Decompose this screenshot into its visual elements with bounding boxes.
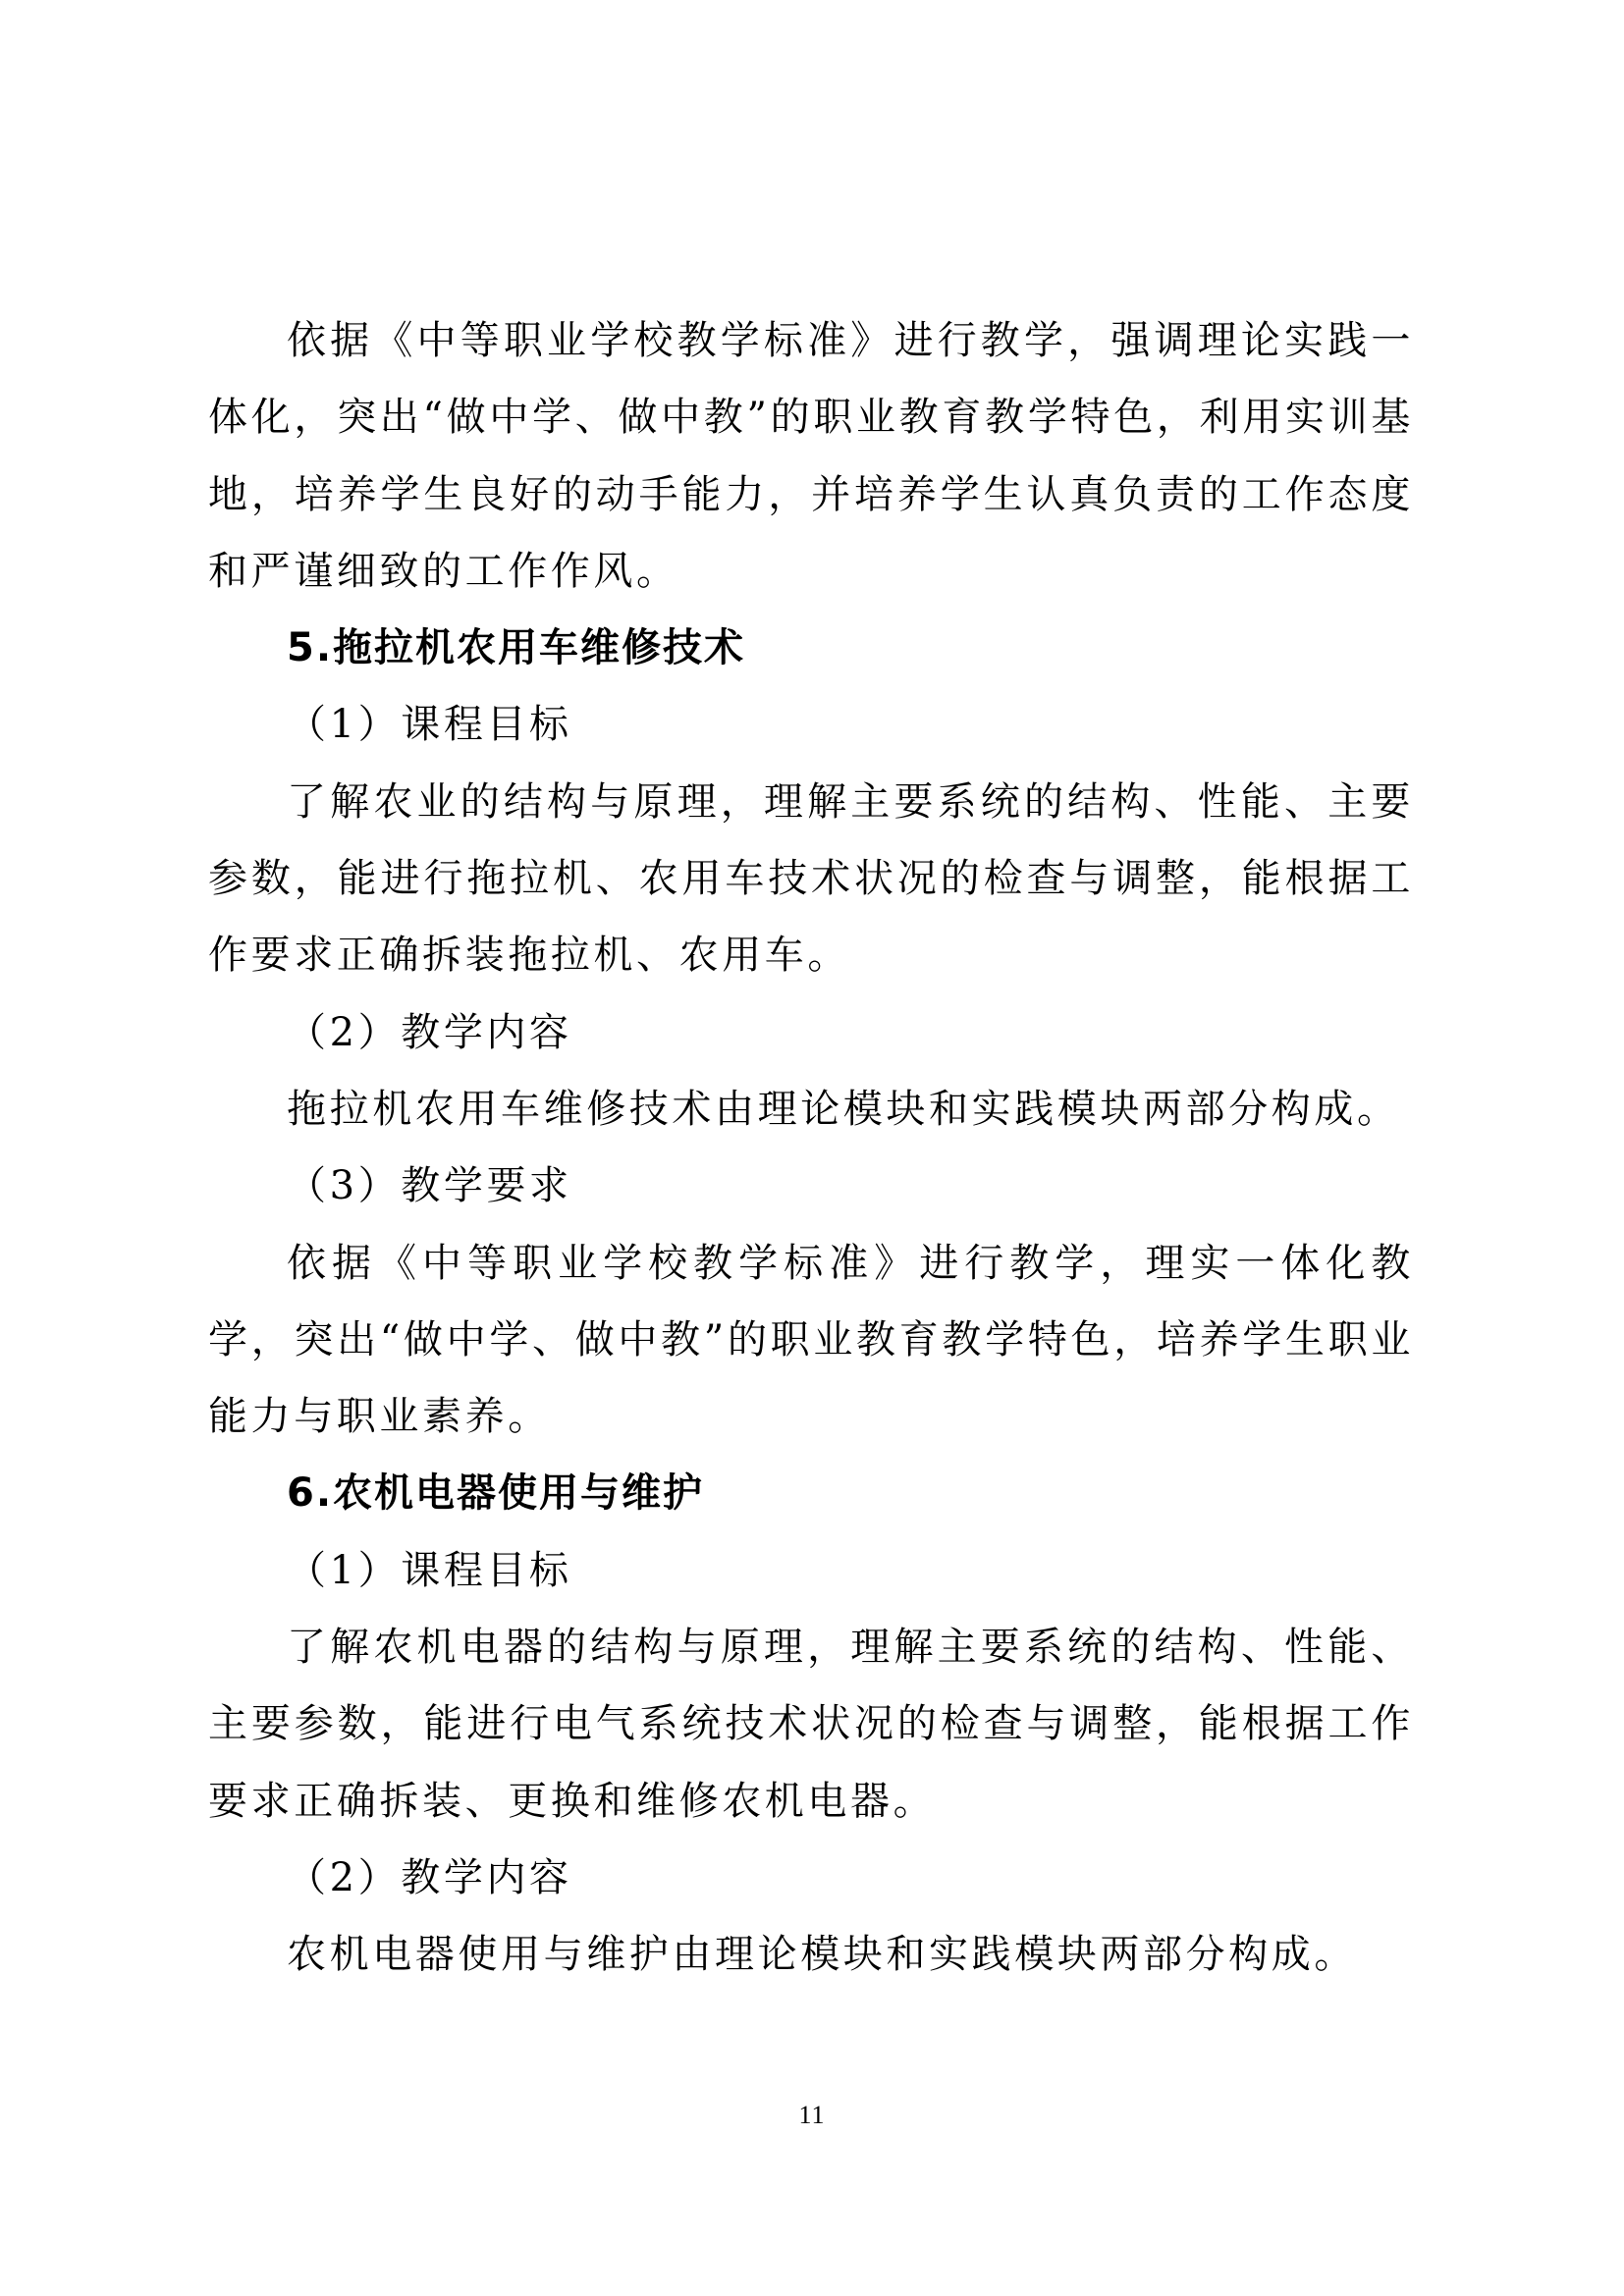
page-number: 11 (0, 2101, 1624, 2130)
paragraph-teaching-requirements: 依据《中等职业学校教学标准》进行教学，理实一体化教学，突出“做中学、做中教”的职… (208, 1225, 1414, 1456)
subheading-teaching-content: （2）教学内容 (208, 994, 1414, 1071)
document-page: 依据《中等职业学校教学标准》进行教学，强调理论实践一体化，突出“做中学、做中教”… (0, 0, 1624, 2296)
subheading-teaching-requirements: （3）教学要求 (208, 1148, 1414, 1224)
section-heading-farm-electrical: 6.农机电器使用与维护 (208, 1455, 1414, 1531)
paragraph-course-objective-2: 了解农机电器的结构与原理，理解主要系统的结构、性能、主要参数，能进行电气系统技术… (208, 1609, 1414, 1840)
paragraph-teaching-content: 拖拉机农用车维修技术由理论模块和实践模块两部分构成。 (208, 1071, 1414, 1148)
subheading-course-objective: （1）课程目标 (208, 686, 1414, 763)
subheading-teaching-content-2: （2）教学内容 (208, 1840, 1414, 1916)
paragraph-teaching-content-2: 农机电器使用与维护由理论模块和实践模块两部分构成。 (208, 1916, 1414, 1993)
paragraph-course-objective: 了解农业的结构与原理，理解主要系统的结构、性能、主要参数，能进行拖拉机、农用车技… (208, 764, 1414, 994)
paragraph-teaching-basis-intro: 依据《中等职业学校教学标准》进行教学，强调理论实践一体化，突出“做中学、做中教”… (208, 302, 1414, 610)
subheading-course-objective-2: （1）课程目标 (208, 1532, 1414, 1609)
section-heading-tractor-repair: 5.拖拉机农用车维修技术 (208, 610, 1414, 686)
page-body: 依据《中等职业学校教学标准》进行教学，强调理论实践一体化，突出“做中学、做中教”… (208, 302, 1414, 1994)
